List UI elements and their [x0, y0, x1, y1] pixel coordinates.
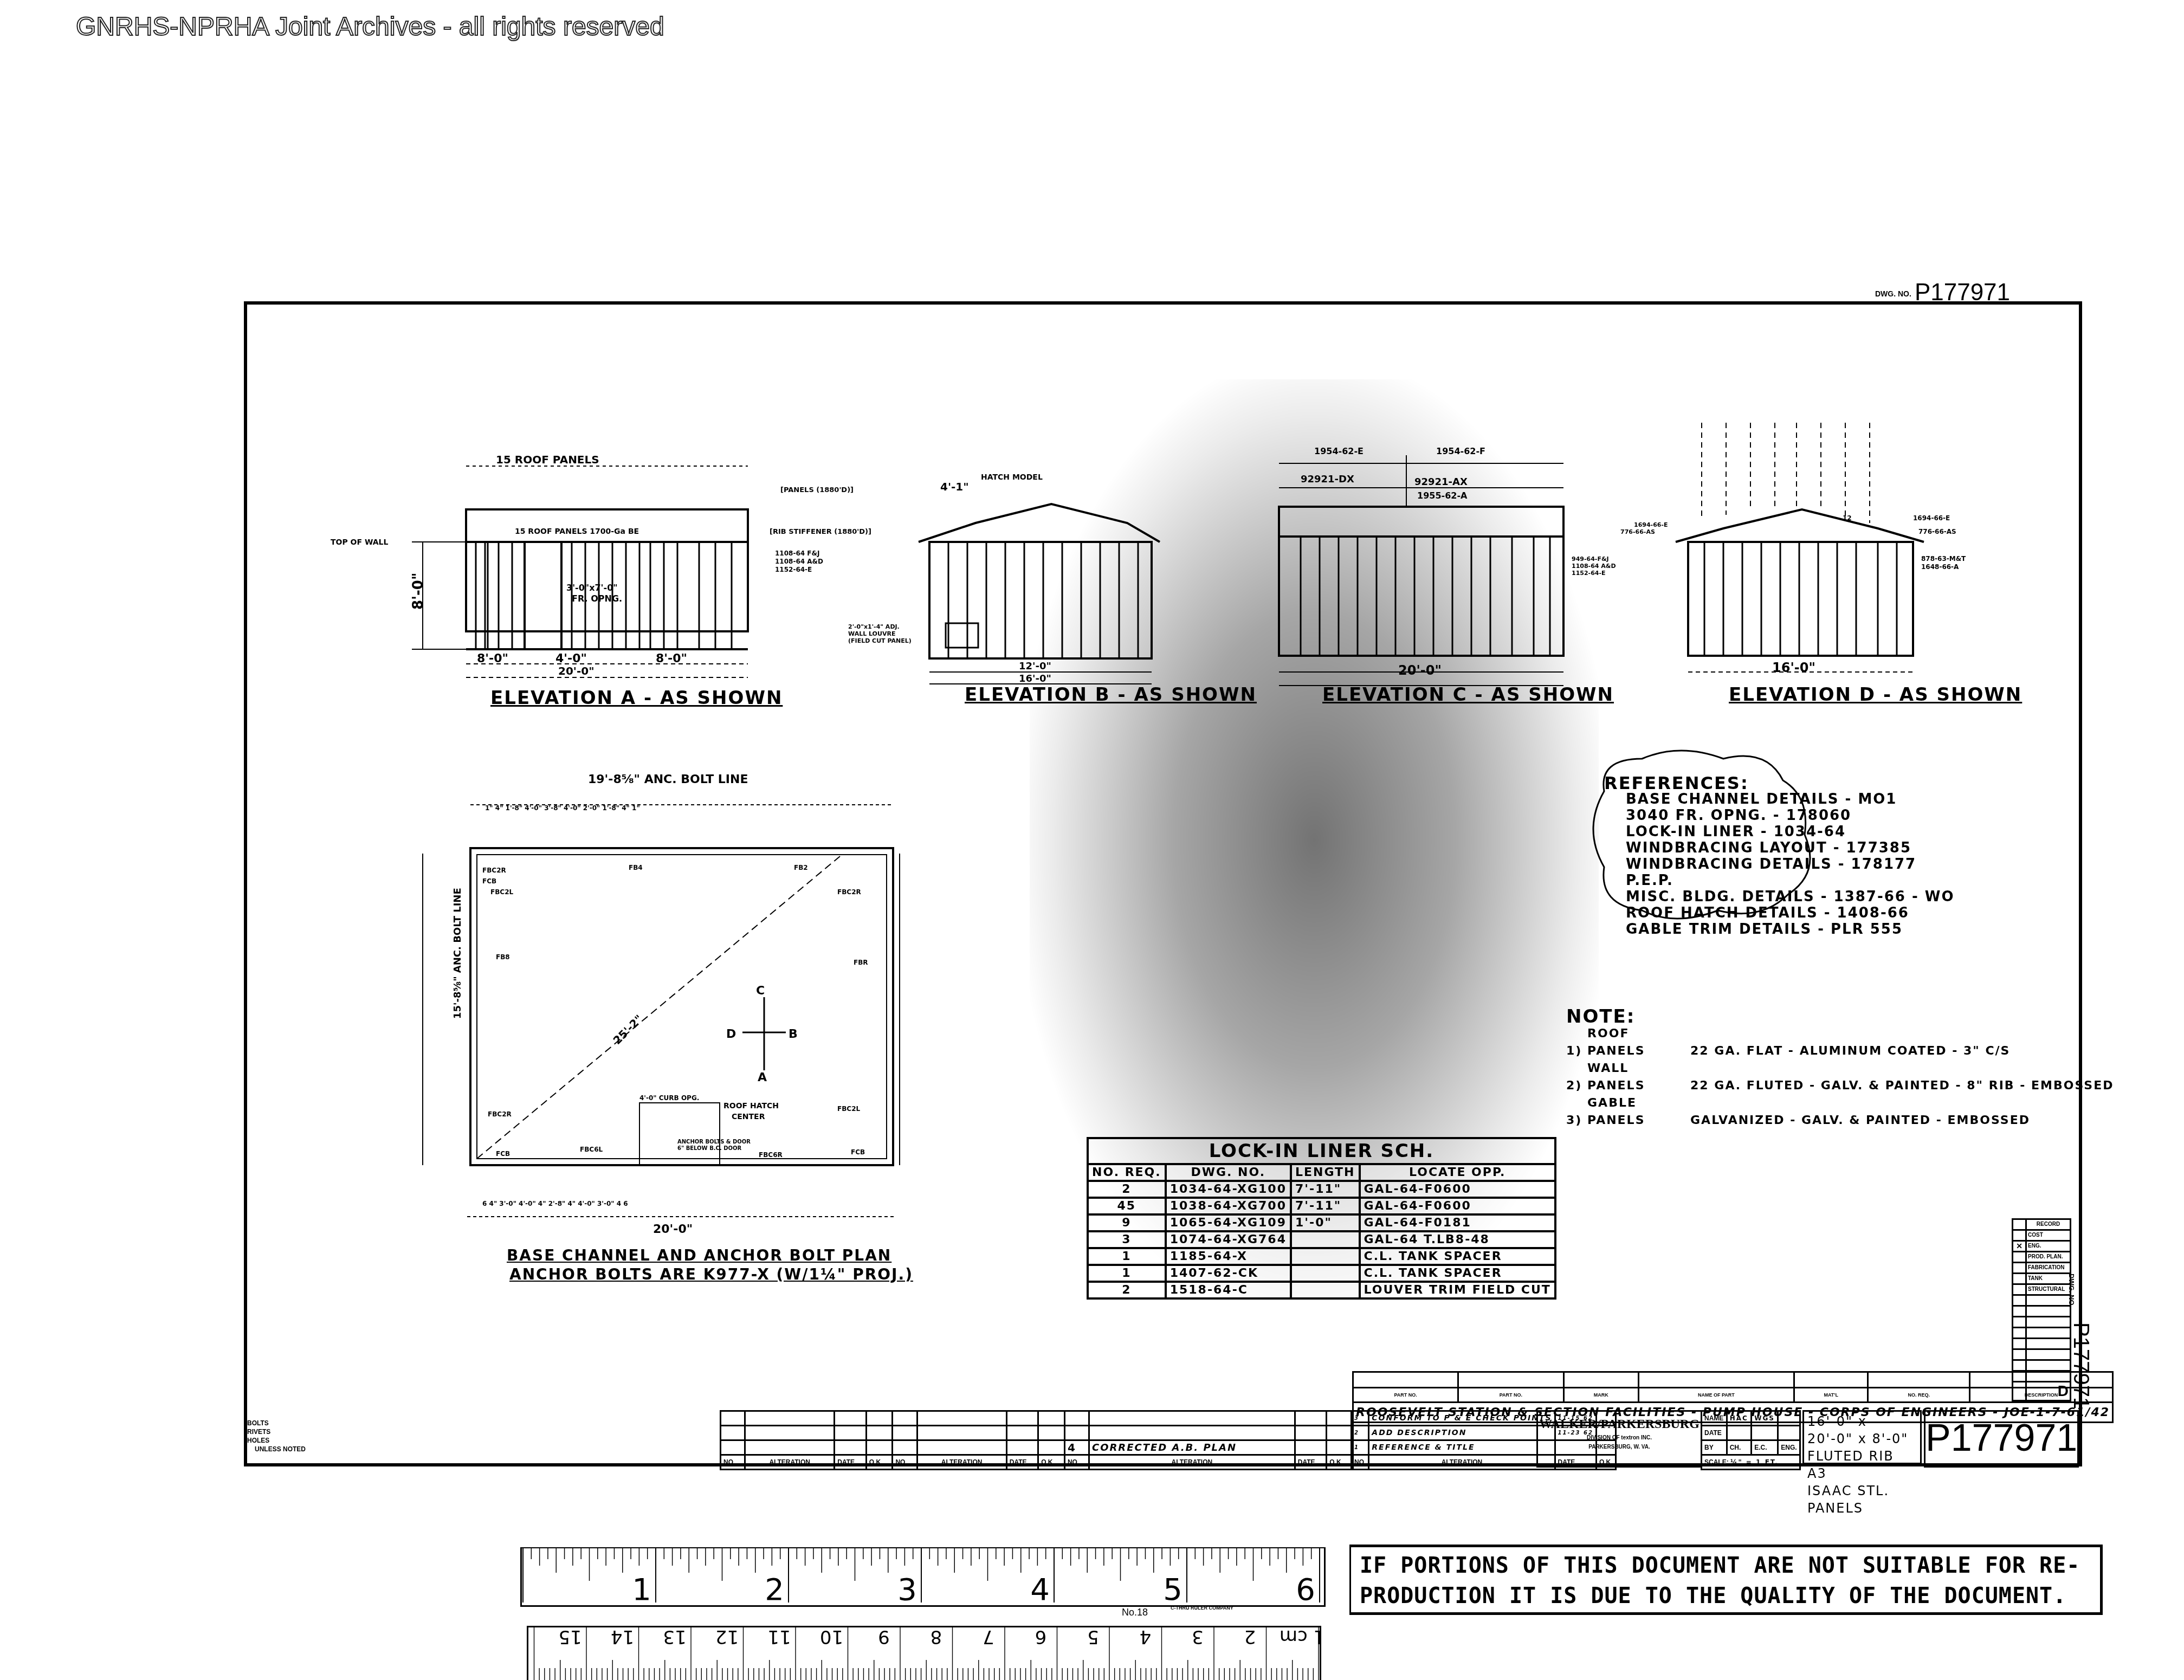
plan-label-fb8: FB8 [496, 953, 510, 961]
ruler-cm-label: 2 [1244, 1627, 1256, 1647]
elevation-a-title: ELEVATION A - AS SHOWN [490, 687, 783, 709]
elevation-b-title: ELEVATION B - AS SHOWN [965, 684, 1257, 706]
schedule-locate: C.L. TANK SPACER [1360, 1248, 1555, 1265]
parts-header-cell: PART NO. [1458, 1388, 1563, 1403]
schedule-length: 7'-11" [1291, 1181, 1360, 1198]
plan-title: BASE CHANNEL AND ANCHOR BOLT PLAN [507, 1246, 891, 1264]
alteration-no: 4 [1064, 1440, 1089, 1455]
schedule-length [1291, 1282, 1360, 1298]
company-name: WALKER/PARKERSBURG [1538, 1417, 1701, 1432]
signoff-name: HAC [1727, 1411, 1752, 1426]
ruler-inch-label: 5 [1163, 1572, 1183, 1605]
elev-d-dim: 16'-0" [1772, 660, 1815, 675]
record-checkbox [2013, 1263, 2026, 1274]
record-label: STRUCTURAL [2026, 1284, 2071, 1295]
plan-label-fcb: FCB [482, 877, 496, 885]
elev-a-overall: 20'-0" [558, 664, 595, 677]
elev-a-dim2: 4'-0" [555, 652, 587, 665]
ruler-inch-ticks: 123456 [522, 1548, 1324, 1605]
alteration-no: 1 [1352, 1440, 1369, 1455]
schedule-qty: 45 [1088, 1198, 1166, 1214]
schedule-qty: 9 [1088, 1214, 1166, 1231]
alt-header-no: NO. [1352, 1455, 1369, 1470]
notes-block: NOTE: 1) ROOF PANELS22 GA. FLAT - ALUMIN… [1566, 1008, 2114, 1129]
ruler-inches: 123456 [520, 1547, 1326, 1607]
ruler-inch-label: 1 [632, 1572, 651, 1605]
elev-c-label-1: 1954-62-E [1314, 446, 1364, 456]
schedule-dwg-no: 1074-64-XG764 [1166, 1231, 1291, 1248]
record-label: TANK [2026, 1274, 2071, 1284]
alterations-table-left: 4 CORRECTED A.B. PLAN NO. ALTERATION DAT… [720, 1410, 1354, 1470]
ruler-cm-label: 10 [820, 1627, 843, 1647]
elev-b-louvre-3: (FIELD CUT PANEL) [848, 637, 912, 644]
elevation-c [1279, 455, 1563, 686]
schedule-qty: 2 [1088, 1282, 1166, 1298]
schedule-length [1291, 1231, 1360, 1248]
elevation-b [919, 504, 1160, 684]
alteration-text: REFERENCE & TITLE [1369, 1440, 1555, 1455]
elev-d-label-4: 1648-66-A [1921, 563, 1959, 571]
schedule-row: 91065-64-XG1091'-0"GAL-64-F0181 [1088, 1214, 1555, 1231]
plan-note-hatch-1: ROOF HATCH [723, 1102, 779, 1110]
schedule-qty: 2 [1088, 1181, 1166, 1198]
record-label: PROD. PLAN. [2026, 1252, 2071, 1263]
alt-header-alteration: ALTERATION [1089, 1455, 1295, 1470]
legend-rivets: RIVETS [247, 1427, 306, 1436]
notes-title: NOTE: [1566, 1008, 2114, 1025]
alteration-text: CORRECTED A.B. PLAN [1089, 1440, 1295, 1455]
record-checkbox [2013, 1252, 2026, 1263]
record-row: PROD. PLAN. [2013, 1252, 2071, 1263]
note-item: 2) WALL PANELS22 GA. FLUTED - GALV. & PA… [1566, 1060, 2114, 1095]
alteration-text: ADD DESCRIPTION [1369, 1426, 1555, 1440]
title-block-description: 16'-0" x 20'-0" x 8'-0" FLUTED RIB A3 IS… [1802, 1410, 1922, 1464]
signoff-ch-label: CH. [1727, 1440, 1752, 1455]
company-block: WALKER/PARKERSBURG DIVISION OF textron I… [1536, 1410, 1702, 1468]
ruler-centimeters: 1 cm23456789101112131415 [527, 1626, 1321, 1680]
schedule-row: 11185-64-XC.L. TANK SPACER [1088, 1248, 1555, 1265]
plan-note-hatch-2: CENTER [732, 1113, 765, 1121]
plan-note-anchor: ANCHOR BOLTS & DOOR [677, 1139, 751, 1145]
schedule-dwg-no: 1407-62-CK [1166, 1265, 1291, 1282]
ruler-cm-label: 11 [767, 1627, 791, 1647]
side-dwg-no-label: DWG. NO. [2067, 1274, 2076, 1307]
ruler-cm-label: 6 [1035, 1627, 1047, 1647]
elev-c-callout-3: 1152-64-E [1572, 570, 1606, 577]
alt-header-no: NO. [893, 1455, 917, 1470]
plan-label-fbc2r-2: FBC2R [837, 888, 861, 896]
plan-label-fbc2r: FBC2R [482, 867, 506, 874]
record-label: ENG. [2026, 1241, 2071, 1252]
elev-d-pitch: 12 [1843, 514, 1852, 522]
record-checkbox [2013, 1274, 2026, 1284]
ruler-cm-label: 3 [1192, 1627, 1204, 1647]
alt-header-date: DATE [1295, 1455, 1326, 1470]
company-location: PARKERSBURG, W. VA. [1538, 1444, 1701, 1450]
schedule-row: 31074-64-XG764GAL-64 T.LB8-48 [1088, 1231, 1555, 1248]
schedule-length: 1'-0" [1291, 1214, 1360, 1231]
reference-item: WINDBRACING LAYOUT - 177385 [1626, 840, 1955, 856]
legend-bolts: BOLTS [247, 1419, 306, 1427]
note-item: 1) ROOF PANELS22 GA. FLAT - ALUMINUM COA… [1566, 1025, 2114, 1060]
elev-c-label-5: 1955-62-A [1417, 490, 1468, 501]
record-label: FABRICATION [2026, 1263, 2071, 1274]
elev-d-label-2: 776-66-AS [1918, 528, 1956, 535]
schedule-row: 11407-62-CKC.L. TANK SPACER [1088, 1265, 1555, 1282]
signoff-table: NAMEHACWGS DATE BYCH.E.C.ENG. SCALE: ¼" … [1701, 1410, 1801, 1470]
references-title: REFERENCES: [1604, 775, 1955, 791]
elev-a-callout-1: [PANELS (1880'D)] [780, 486, 854, 494]
schedule-length: 7'-11" [1291, 1198, 1360, 1214]
plan-note-curb: 4'-0" CURB OPG. [639, 1094, 699, 1102]
signoff-name-label: NAME [1702, 1411, 1727, 1426]
ruler-inch-label: 4 [1030, 1572, 1050, 1605]
elev-d-label-left-2: 776-66-AS [1620, 528, 1655, 535]
record-checkbox [2013, 1230, 2026, 1241]
plan-bottom-dims: 6 4" 3'-0" 4'-0" 4" 2'-8" 4" 4'-0" 3'-0"… [482, 1200, 628, 1207]
reproduction-warning-stamp: IF PORTIONS OF THIS DOCUMENT ARE NOT SUI… [1349, 1545, 2103, 1615]
alt-header-date: DATE [835, 1455, 866, 1470]
alt-header-ok: O.K. [1038, 1455, 1065, 1470]
alteration-no: 3 [1352, 1411, 1369, 1426]
ruler-cm-label: 1 cm [1280, 1627, 1320, 1647]
plan-label-fbc6l: FBC6L [580, 1146, 603, 1153]
compass-d: D [726, 1028, 736, 1041]
parts-header-cell: DESCRIPTION [1970, 1388, 2113, 1403]
elev-b-dim-top: 4'-1" [940, 480, 969, 493]
compass-a: A [758, 1071, 767, 1084]
alt-header-date: DATE [1006, 1455, 1038, 1470]
parts-header-cell: NO. REQ. [1868, 1388, 1970, 1403]
schedule-locate: GAL-64-F0600 [1360, 1198, 1555, 1214]
elevation-a [412, 466, 748, 677]
plan-subtitle: ANCHOR BOLTS ARE K977-X (W/1¼" PROJ.) [509, 1265, 913, 1283]
schedule-locate: C.L. TANK SPACER [1360, 1265, 1555, 1282]
signoff-eng-label: ENG. [1778, 1440, 1800, 1455]
reference-item: LOCK-IN LINER - 1034-64 [1626, 824, 1955, 840]
plan-top-dim: 19'-8⅝" ANC. BOLT LINE [588, 773, 748, 786]
record-label: COST [2026, 1230, 2071, 1241]
elev-a-callout-5: 1152-64-E [775, 566, 812, 573]
record-title: RECORD [2026, 1219, 2071, 1230]
ruler-model: No.18 [1122, 1607, 1148, 1618]
ruler-cm-label: 13 [663, 1627, 686, 1647]
elev-c-dim: 20'-0" [1398, 663, 1442, 678]
reference-item: GABLE TRIM DETAILS - PLR 555 [1626, 921, 1955, 938]
schedule-locate: GAL-64-F0181 [1360, 1214, 1555, 1231]
ruler-cm-ticks: 1 cm23456789101112131415 [528, 1627, 1320, 1680]
drawing-number-box: P177971 [1924, 1410, 2079, 1468]
plan-side-dim: 15'-8⅝" ANC. BOLT LINE [452, 888, 463, 1019]
ruler-cm-label: 8 [931, 1627, 942, 1647]
schedule-locate: LOUVER TRIM FIELD CUT [1360, 1282, 1555, 1298]
schedule-qty: 1 [1088, 1265, 1166, 1282]
schedule-header: NO. REQ. DWG. NO. LENGTH LOCATE OPP. [1088, 1164, 1555, 1181]
signoff-name: WGS [1752, 1411, 1778, 1426]
elev-a-dim3: 8'-0" [656, 652, 687, 665]
elevation-d-title: ELEVATION D - AS SHOWN [1729, 684, 2022, 706]
elev-c-label-3: 92921-DX [1301, 474, 1354, 485]
compass-c: C [756, 984, 765, 998]
company-division: DIVISION OF textron INC. [1538, 1435, 1701, 1441]
plan-note-anchor-2: 6" BELOW B.C. DOOR [677, 1146, 741, 1152]
schedule-dwg-no: 1185-64-X [1166, 1248, 1291, 1265]
plan-overall-dim: 20'-0" [653, 1223, 693, 1236]
ruler-inch-label: 3 [897, 1572, 917, 1605]
reference-item: ROOF HATCH DETAILS - 1408-66 [1626, 905, 1955, 921]
plan-label-fbc2r-3: FBC2R [488, 1110, 512, 1118]
plan-label-fcb-3: FCB [851, 1148, 865, 1156]
elev-a-panel-note: 15 ROOF PANELS 1700-Ga BE [515, 527, 639, 536]
plan-top-dims: 1" 4" 1'-8" 4'-0" 3'-8" 4'-0" 2'-0" 1'-8… [485, 804, 640, 812]
elevation-c-title: ELEVATION C - AS SHOWN [1322, 684, 1614, 706]
elev-c-callout-1: 949-64-F&J [1572, 555, 1609, 563]
plan-label-fb4: FB4 [629, 864, 643, 871]
scale-value: ¼" = 1 FT. [1730, 1458, 1779, 1466]
elev-c-label-2: 1954-62-F [1436, 446, 1485, 456]
plan-label-fbc2l-2: FBC2L [837, 1105, 861, 1113]
record-row: COST [2013, 1230, 2071, 1241]
reference-item: 3040 FR. OPNG. - 178060 [1626, 807, 1955, 824]
ruler-cm-label: 15 [558, 1627, 581, 1647]
ruler-cm-label: 4 [1140, 1627, 1152, 1647]
ruler-cm-label: 7 [983, 1627, 994, 1647]
alt-header-alteration: ALTERATION [745, 1455, 835, 1470]
elev-a-callout-2: [RIB STIFFENER (1880'D)] [770, 528, 871, 536]
elev-c-callout-2: 1108-64 A&D [1572, 563, 1616, 570]
record-row: ✕ENG. [2013, 1241, 2071, 1252]
plan-label-fcb-2: FCB [496, 1150, 510, 1158]
ruler-inch-label: 6 [1296, 1572, 1315, 1605]
references-block: REFERENCES: BASE CHANNEL DETAILS - MO1 3… [1604, 775, 1955, 938]
title-line-2: FLUTED RIB A3 [1807, 1448, 1917, 1482]
plan-label-fbc6r: FBC6R [759, 1151, 783, 1159]
ruler-maker: C-THRU RULER COMPANY [1171, 1605, 1233, 1611]
elev-a-dim1: 8'-0" [477, 652, 508, 665]
legend-left: BOLTS RIVETS HOLES UNLESS NOTED [247, 1419, 306, 1453]
elev-a-callout-4: 1108-64 A&D [775, 558, 823, 565]
record-checkbox [2013, 1284, 2026, 1295]
reference-item: P.E.P. [1626, 873, 1955, 889]
alteration-no: 2 [1352, 1426, 1369, 1440]
record-row: STRUCTURAL [2013, 1284, 2071, 1295]
alt-header-no: NO. [721, 1455, 745, 1470]
ruler-inch-label: 2 [765, 1572, 784, 1605]
elev-b-louvre-2: WALL LOUVRE [848, 630, 895, 637]
compass-b: B [789, 1028, 798, 1041]
schedule-qty: 3 [1088, 1231, 1166, 1248]
elev-a-door: 3'-0"x7'-0" [566, 583, 618, 593]
ruler-cm-label: 9 [878, 1627, 890, 1647]
schedule-locate: GAL-64 T.LB8-48 [1360, 1231, 1555, 1248]
schedule-dwg-no: 1034-64-XG100 [1166, 1181, 1291, 1198]
elev-a-callout-3: 1108-64 F&J [775, 550, 819, 557]
elev-d-label-3: 878-63-M&T [1921, 555, 1966, 563]
reference-item: MISC. BLDG. DETAILS - 1387-66 - WO [1626, 889, 1955, 905]
scale-label: SCALE: [1704, 1458, 1729, 1466]
signoff-ec-label: E.C. [1752, 1440, 1778, 1455]
schedule-locate: GAL-64-F0600 [1360, 1181, 1555, 1198]
schedule-dwg-no: 1518-64-C [1166, 1282, 1291, 1298]
elev-a-height: 8'-0" [410, 573, 427, 610]
parts-header-cell: NAME OF PART [1638, 1388, 1794, 1403]
elev-d-label-left: 1694-66-E [1634, 521, 1668, 528]
elev-b-hatch: HATCH MODEL [981, 473, 1043, 482]
legend-unless-noted: UNLESS NOTED [247, 1445, 306, 1453]
ruler-cm-label: 14 [611, 1627, 634, 1647]
alt-header-alteration: ALTERATION [1369, 1455, 1555, 1470]
schedule-length [1291, 1265, 1360, 1282]
record-checkbox: ✕ [2013, 1241, 2026, 1252]
ruler-cm-label: 5 [1087, 1627, 1099, 1647]
elev-b-dim-1: 12'-0" [1019, 661, 1051, 672]
alteration-text: CONFORM TO P & E CHECK POINTS [1369, 1411, 1555, 1426]
alt-header-no: NO. [1064, 1455, 1089, 1470]
elevation-d [1676, 423, 1924, 672]
lock-in-liner-schedule: LOCK-IN LINER SCH. NO. REQ. DWG. NO. LEN… [1087, 1137, 1556, 1300]
note-item: 3) GABLE PANELSGALVANIZED - GALV. & PAIN… [1566, 1095, 2114, 1129]
parts-header-cell: PART NO. [1353, 1388, 1458, 1403]
record-row: TANK [2013, 1274, 2071, 1284]
schedule-title: LOCK-IN LINER SCH. [1087, 1137, 1556, 1163]
plan-diagonal: 25'-2" [611, 1012, 645, 1047]
alt-header-alteration: ALTERATION [917, 1455, 1006, 1470]
schedule-dwg-no: 1038-64-XG700 [1166, 1198, 1291, 1214]
title-line-1: 16'-0" x 20'-0" x 8'-0" [1807, 1413, 1917, 1448]
alt-header-ok: O.K. [866, 1455, 893, 1470]
elev-b-dim-2: 16'-0" [1019, 673, 1051, 684]
signoff-by-label: BY [1702, 1440, 1727, 1455]
parts-header-cell: MAT'L [1794, 1388, 1868, 1403]
ruler-cm-label: 12 [715, 1627, 739, 1647]
elev-a-door-opng: FR. OPNG. [572, 593, 622, 604]
record-row: FABRICATION [2013, 1263, 2071, 1274]
plan-label-fbr: FBR [854, 959, 868, 966]
elev-a-roof-panels-label: 15 ROOF PANELS [496, 453, 599, 466]
schedule-dwg-no: 1065-64-XG109 [1166, 1214, 1291, 1231]
schedule-row: 21518-64-CLOUVER TRIM FIELD CUT [1088, 1282, 1555, 1298]
plan-label-fb2: FB2 [794, 864, 808, 871]
title-line-3: ISAAC STL. PANELS [1807, 1482, 1917, 1517]
reference-item: WINDBRACING DETAILS - 178177 [1626, 856, 1955, 873]
elev-d-label-1: 1694-66-E [1913, 514, 1950, 522]
alt-header-ok: O.K. [1327, 1455, 1353, 1470]
reference-item: BASE CHANNEL DETAILS - MO1 [1626, 791, 1955, 807]
schedule-length [1291, 1248, 1360, 1265]
elev-b-louvre-1: 2'-0"x1'-4" ADJ. [848, 623, 900, 630]
schedule-qty: 1 [1088, 1248, 1166, 1265]
parts-header-cell: MARK [1563, 1388, 1638, 1403]
signoff-date-label: DATE [1702, 1426, 1727, 1440]
schedule-row: 451038-64-XG7007'-11"GAL-64-F0600 [1088, 1198, 1555, 1214]
elev-c-label-4: 92921-AX [1414, 476, 1468, 488]
plan-label-fbc2l: FBC2L [490, 888, 514, 896]
legend-holes: HOLES [247, 1436, 306, 1445]
elev-a-top-of-wall: TOP OF WALL [331, 538, 388, 547]
schedule-row: 21034-64-XG1007'-11"GAL-64-F0600 [1088, 1181, 1555, 1198]
